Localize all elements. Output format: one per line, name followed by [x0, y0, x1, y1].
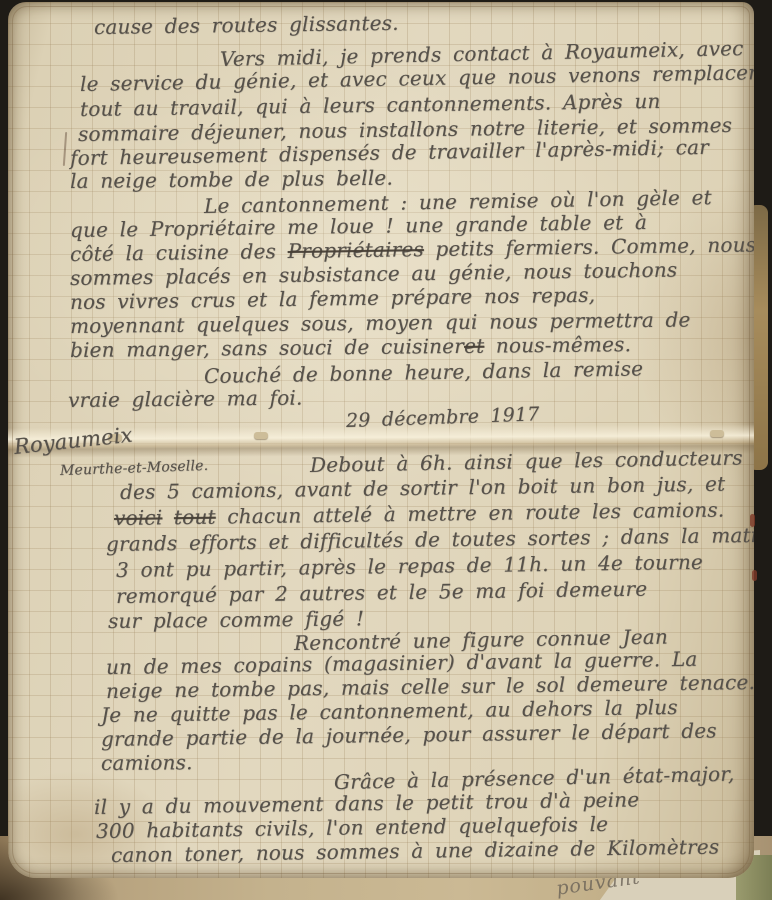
handwritten-line: sur place comme figé ! — [108, 607, 364, 632]
red-edge-mark — [750, 514, 755, 527]
word-run: vraie glacière ma foi. — [68, 386, 303, 412]
notebook-page: cause des routes glissantes.Vers midi, j… — [8, 2, 754, 878]
handwritten-line: bien manger, sans souci de cuisineret no… — [70, 333, 631, 361]
word-run: 29 décembre 1917 — [346, 403, 540, 432]
handwritten-line: la neige tombe de plus belle. — [70, 167, 393, 192]
margin-place-note: Royaumeix — [13, 424, 134, 458]
struck-word: Propriétaires — [287, 237, 424, 263]
handwritten-line: Couché de bonne heure, dans la remise — [204, 357, 643, 387]
handwritten-line: cause des routes glissantes. — [94, 12, 399, 38]
word-run: petits fermiers. Comme, nous — [424, 232, 754, 261]
date-heading: 29 décembre 1917 — [346, 403, 540, 432]
word-run — [162, 505, 174, 529]
struck-word: voici — [114, 505, 163, 530]
word-run: Couché de bonne heure, dans la remise — [204, 356, 644, 388]
word-run: sur place comme figé ! — [108, 606, 364, 633]
red-edge-mark — [752, 570, 757, 581]
word-run: bien manger, sans souci de cuisiner — [70, 334, 464, 362]
word-run: Meurthe-et-Moselle. — [60, 458, 209, 479]
struck-word: et — [464, 334, 485, 358]
struck-word: tout — [174, 505, 216, 530]
handwritten-line: camions. — [101, 751, 193, 774]
word-run: camions. — [101, 750, 193, 775]
word-run: nous-mêmes. — [484, 332, 631, 358]
margin-department-note: Meurthe-et-Moselle. — [60, 455, 209, 482]
word-run: la neige tombe de plus belle. — [70, 166, 393, 193]
diary-scan-photo: pouvant cause des routes glissantes.Vers… — [0, 0, 772, 900]
handwritten-line: vraie glacière ma foi. — [68, 387, 303, 411]
word-run: côté la cuisine des — [70, 239, 288, 266]
word-run: remorqué par 2 autres et le 5e ma foi de… — [116, 577, 648, 608]
handwritten-line: remorqué par 2 autres et le 5e ma foi de… — [116, 578, 648, 607]
word-run: cause des routes glissantes. — [94, 11, 399, 39]
handwriting-layer: cause des routes glissantes.Vers midi, j… — [8, 2, 754, 878]
word-run: Royaumeix — [13, 423, 134, 459]
